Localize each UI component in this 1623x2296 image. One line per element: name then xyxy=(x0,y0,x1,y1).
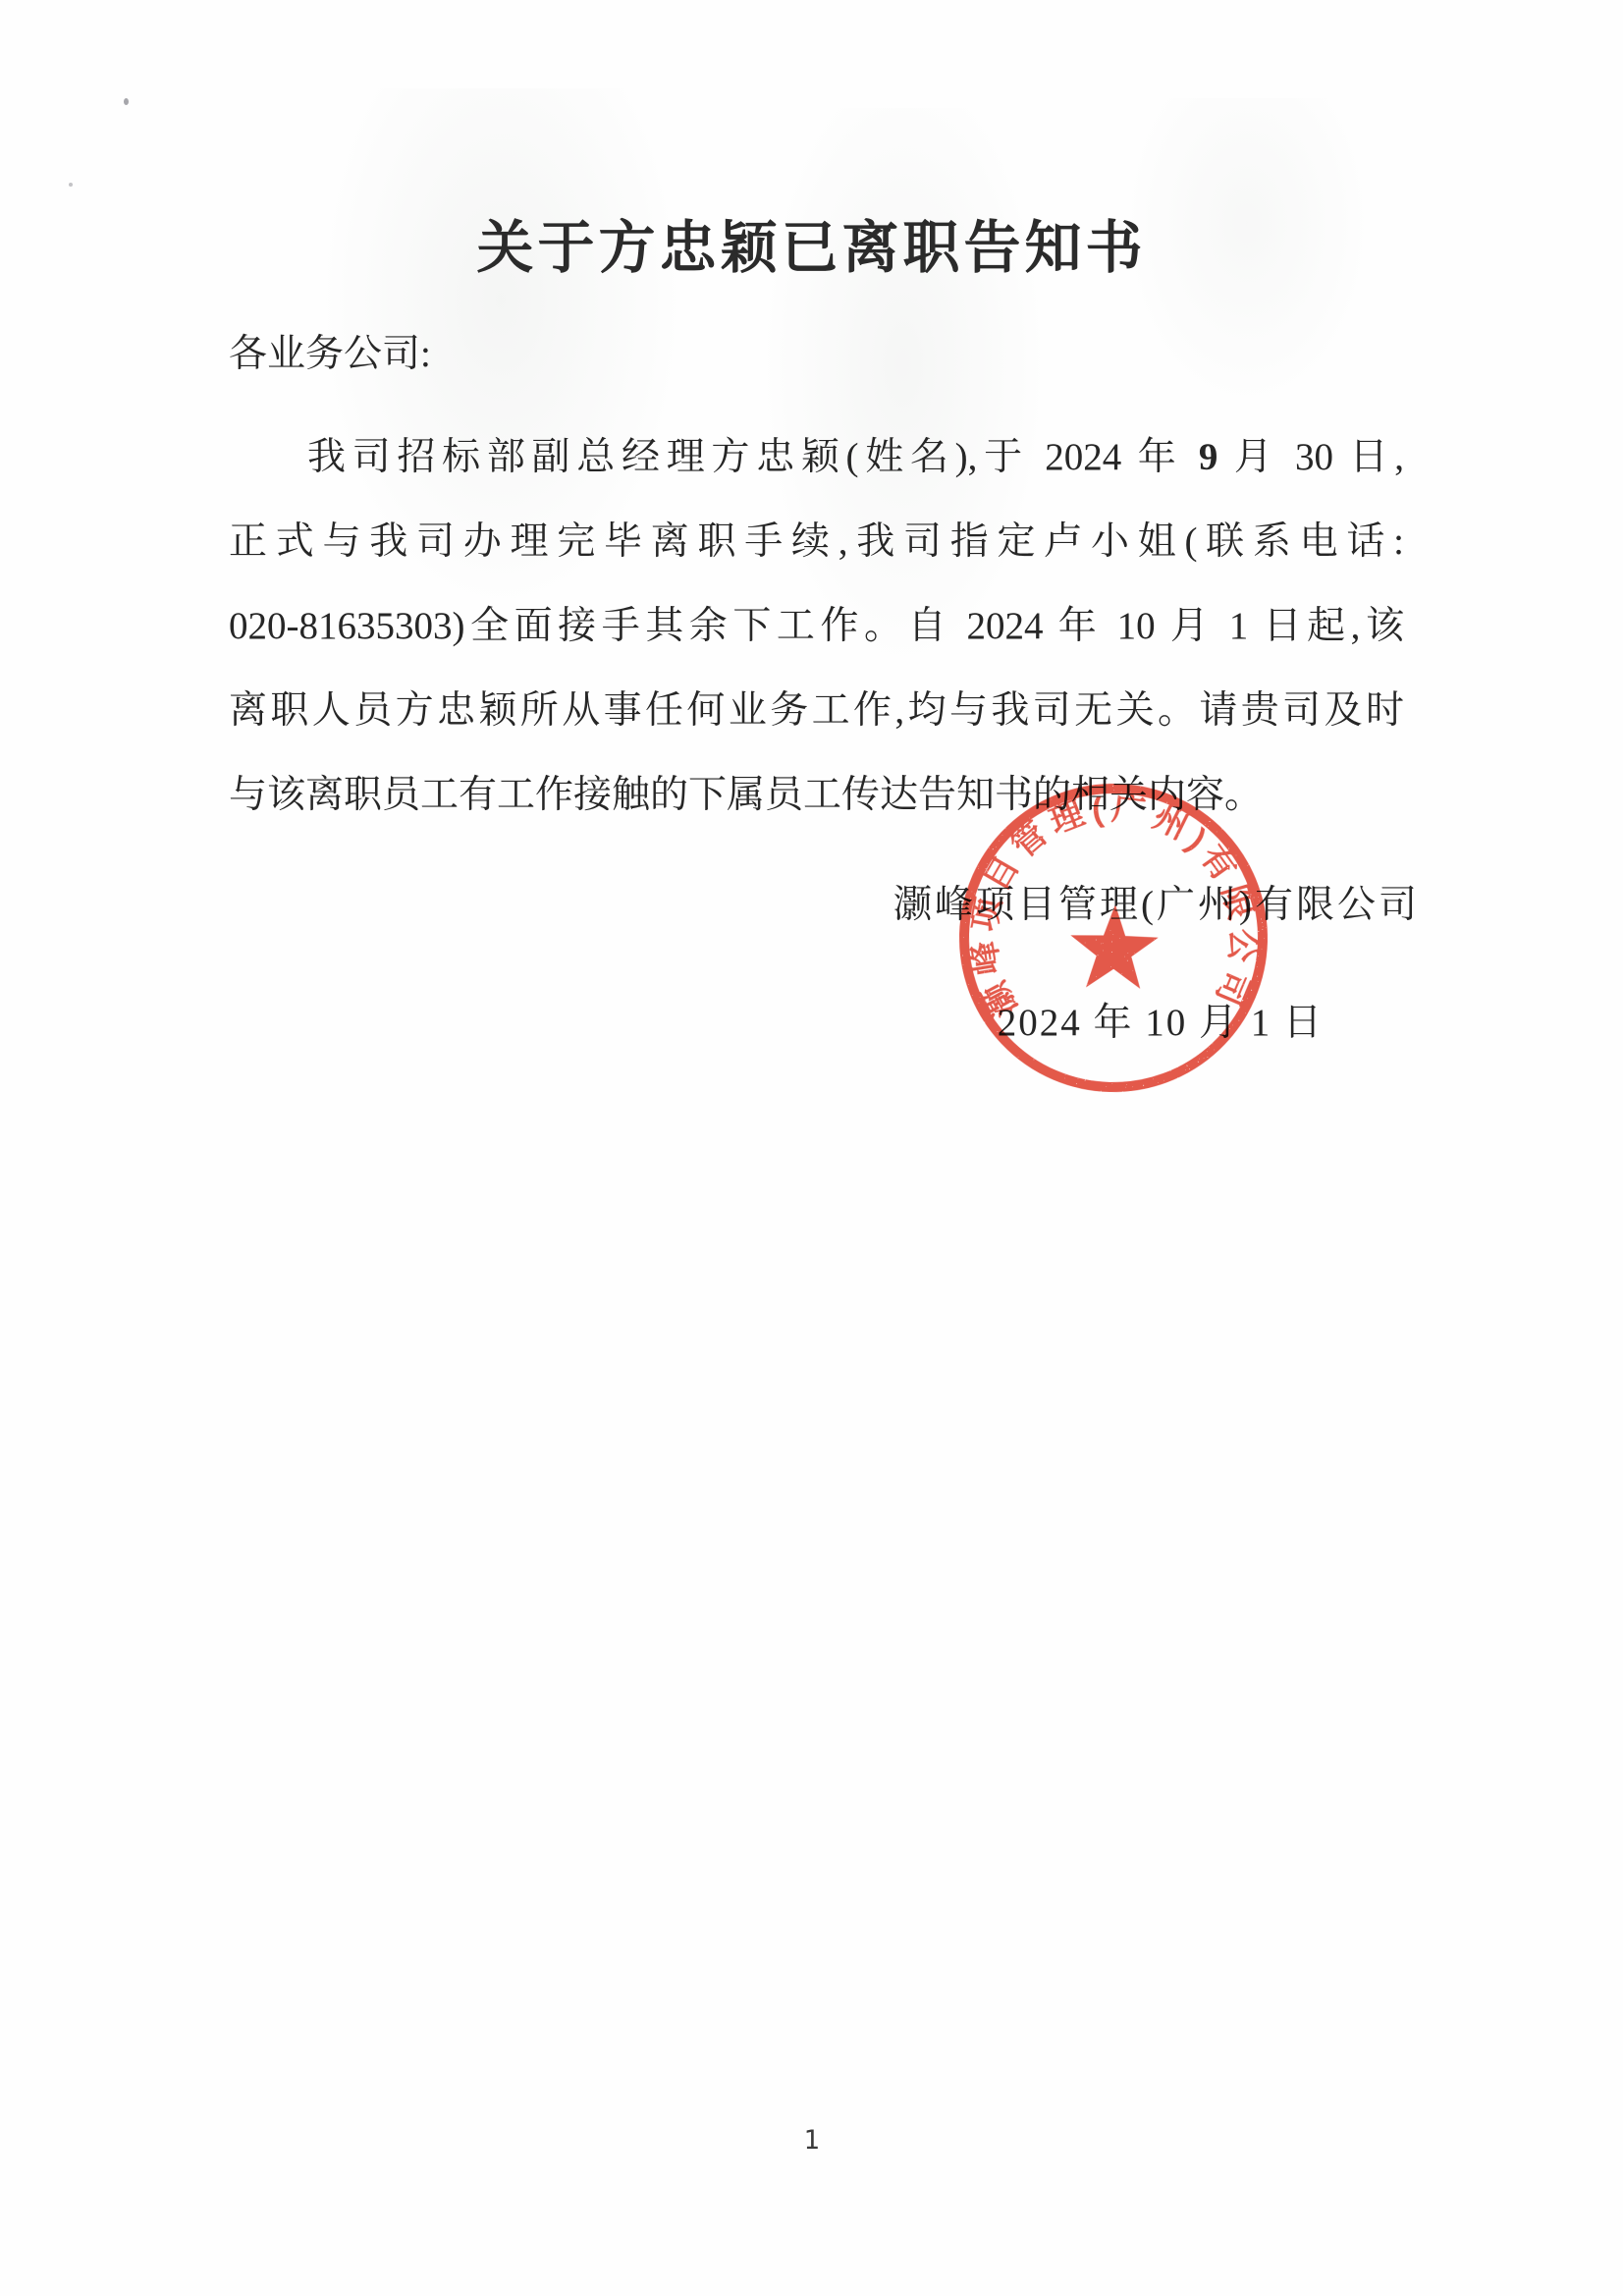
body-text-segment-bold: 9 xyxy=(1199,436,1218,478)
body-text-segment: 月 30 日, xyxy=(1217,436,1404,478)
body-text-segment: 我司招标部副总经理方忠颖(姓名),于 2024 年 xyxy=(307,436,1199,478)
seal-star-icon xyxy=(1069,903,1160,989)
body-line-2: 正式与我司办理完毕离职手续,我司指定卢小姐(联系电话: xyxy=(229,500,1404,584)
scan-speck xyxy=(69,183,73,187)
body-line-3: 020-81635303)全面接手其余下工作。自 2024 年 10 月 1 日… xyxy=(229,584,1404,669)
scan-speck xyxy=(124,98,129,105)
page-number: 1 xyxy=(0,2123,1623,2159)
body-line-4: 离职人员方忠颖所从事任何业务工作,均与我司无关。请贵司及时 xyxy=(229,669,1404,753)
company-seal-stamp: 灏峰项目管理(广州)有限公司 xyxy=(943,767,1285,1110)
document-title: 关于方忠颖已离职告知书 xyxy=(0,210,1623,287)
scanned-document-page: 关于方忠颖已离职告知书 各业务公司: 我司招标部副总经理方忠颖(姓名),于 20… xyxy=(0,0,1623,2296)
salutation: 各业务公司: xyxy=(229,325,431,384)
body-line-1: 我司招标部副总经理方忠颖(姓名),于 2024 年 9 月 30 日, xyxy=(229,415,1404,500)
